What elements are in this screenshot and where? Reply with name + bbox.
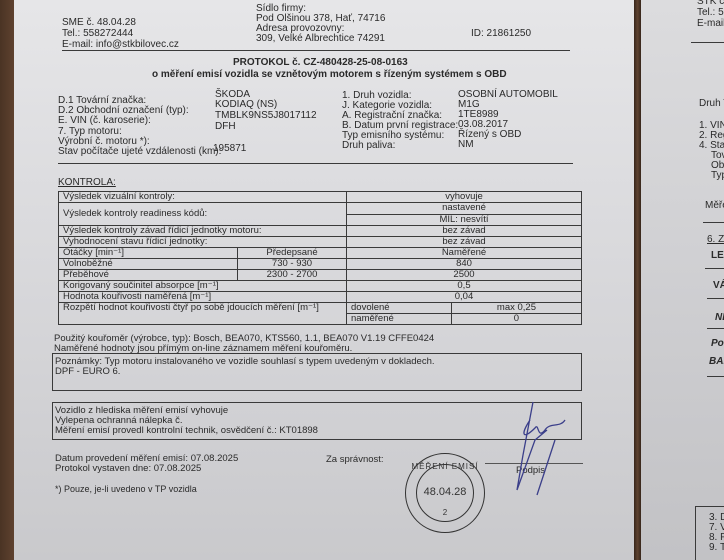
protocol-subtitle: o měření emisí vozidla se vznětovým moto… <box>152 69 507 81</box>
page2-text: NE <box>715 312 724 324</box>
table-cell: max 0,25 <box>451 303 581 314</box>
table-row: Vyhodnocení stavu řídicí jednotky: bez z… <box>59 237 582 248</box>
signature-scribble <box>505 400 575 500</box>
table-row: Výsledek vizuální kontroly: vyhovuje <box>59 192 582 203</box>
notes-box: Poznámky: Typ motoru instalovaného ve vo… <box>52 353 582 391</box>
table-cell: 2500 <box>347 270 582 281</box>
page2-text: E-mail: <box>697 18 724 30</box>
table-cell: Předepsané <box>238 248 347 259</box>
stamp-top-text: MĚŘENÍ EMISÍ <box>406 462 484 471</box>
table-row: Výsledek kontroly readiness kódů: nastav… <box>59 203 582 215</box>
header-divider <box>62 50 570 51</box>
page2-text: VÁ <box>713 280 724 292</box>
table-cell: bez závad <box>347 226 582 237</box>
result-line: Měření emisí provedl kontrolní technik, … <box>55 425 318 437</box>
table-cell: Vyhodnocení stavu řídicí jednotky: <box>59 237 347 248</box>
table-cell: Korigovaný součinitel absorpce [m⁻¹] <box>59 281 347 292</box>
field-value: NM <box>458 139 474 151</box>
official-stamp: MĚŘENÍ EMISÍ 48.04.28 2 <box>405 453 485 533</box>
notes-line: DPF - EURO 6. <box>55 366 120 378</box>
page2-text: Druh T <box>699 98 724 110</box>
table-cell: Volnoběžné <box>59 259 238 270</box>
page2-divider <box>707 298 724 299</box>
table-cell: bez závad <box>347 237 582 248</box>
table-cell: Naměřené <box>347 248 582 259</box>
company-id: ID: 21861250 <box>471 28 531 40</box>
table-cell: Přeběhové <box>59 270 238 281</box>
stamp-bottom-text: 2 <box>406 508 484 517</box>
table-cell: Výsledek kontroly readiness kódů: <box>59 203 347 226</box>
issued-date: Protokol vystaven dne: 07.08.2025 <box>55 463 201 475</box>
page2-text: 6. Z <box>707 234 724 246</box>
page2-text: LE <box>711 250 724 262</box>
table-cell: Rozpětí hodnot kouřivosti čtyř po sobě j… <box>59 303 347 325</box>
stamp-number: 48.04.28 <box>406 486 484 498</box>
table-cell: Hodnota kouřivosti naměřená [m⁻¹] <box>59 292 347 303</box>
protocol-number: PROTOKOL č. CZ-480428-25-08-0163 <box>233 57 408 69</box>
field-value: 195871 <box>213 143 246 155</box>
result-box: Vozidlo z hlediska měření emisí vyhovuje… <box>52 402 582 440</box>
correctness-label: Za správnost: <box>326 454 384 466</box>
table-row: Výsledek kontroly závad řídicí jednotky … <box>59 226 582 237</box>
table-cell: vyhovuje <box>347 192 582 203</box>
page2-text: 9. T <box>709 542 724 554</box>
page2-divider <box>707 376 724 377</box>
table-cell: MIL: nesvítí <box>347 214 582 226</box>
page2-text: Po <box>711 338 724 350</box>
branch-address: 309, Velké Albrechtice 74291 <box>256 33 385 45</box>
field-value: DFH <box>215 121 236 133</box>
table-cell: 0,5 <box>347 281 582 292</box>
table-row: Volnoběžné 730 - 930 840 <box>59 259 582 270</box>
table-cell: 840 <box>347 259 582 270</box>
page2-divider <box>705 268 724 269</box>
table-cell: dovolené <box>347 303 452 314</box>
table-cell: 0 <box>451 314 581 325</box>
page2-text: Měře <box>705 200 724 212</box>
table-row: Otáčky [min⁻¹] Předepsané Naměřené <box>59 248 582 259</box>
table-cell: Otáčky [min⁻¹] <box>59 248 238 259</box>
table-row: Rozpětí hodnot kouřivosti čtyř po sobě j… <box>59 303 582 314</box>
table-cell: naměřené <box>347 314 452 325</box>
control-heading: KONTROLA: <box>58 177 116 189</box>
vehicle-divider <box>58 163 573 164</box>
page2-divider <box>703 222 724 223</box>
table-cell: Výsledek kontroly závad řídicí jednotky … <box>59 226 347 237</box>
second-protocol-page: STK č. Tel.: 55 E-mail: Druh T 1. VIN 2.… <box>641 0 724 560</box>
control-table: Výsledek vizuální kontroly: vyhovuje Výs… <box>58 191 582 325</box>
field-label: Stav počítače ujeté vzdálenosti (km): <box>58 146 221 158</box>
table-cell: nastavené <box>347 203 582 215</box>
page2-text: Typ <box>711 170 724 182</box>
page2-divider <box>707 328 724 329</box>
table-cell: 730 - 930 <box>238 259 347 270</box>
footnote: *) Pouze, je-li uvedeno v TP vozidla <box>55 483 197 495</box>
page2-text: BAF <box>709 356 724 368</box>
table-row: Přeběhové 2300 - 2700 2500 <box>59 270 582 281</box>
table-cell: 2300 - 2700 <box>238 270 347 281</box>
table-row: Hodnota kouřivosti naměřená [m⁻¹] 0,04 <box>59 292 582 303</box>
table-cell: Výsledek vizuální kontroly: <box>59 192 347 203</box>
table-row: Korigovaný součinitel absorpce [m⁻¹] 0,5 <box>59 281 582 292</box>
page2-divider <box>691 42 724 43</box>
field-label: Druh paliva: <box>342 140 395 152</box>
table-cell: 0,04 <box>347 292 582 303</box>
